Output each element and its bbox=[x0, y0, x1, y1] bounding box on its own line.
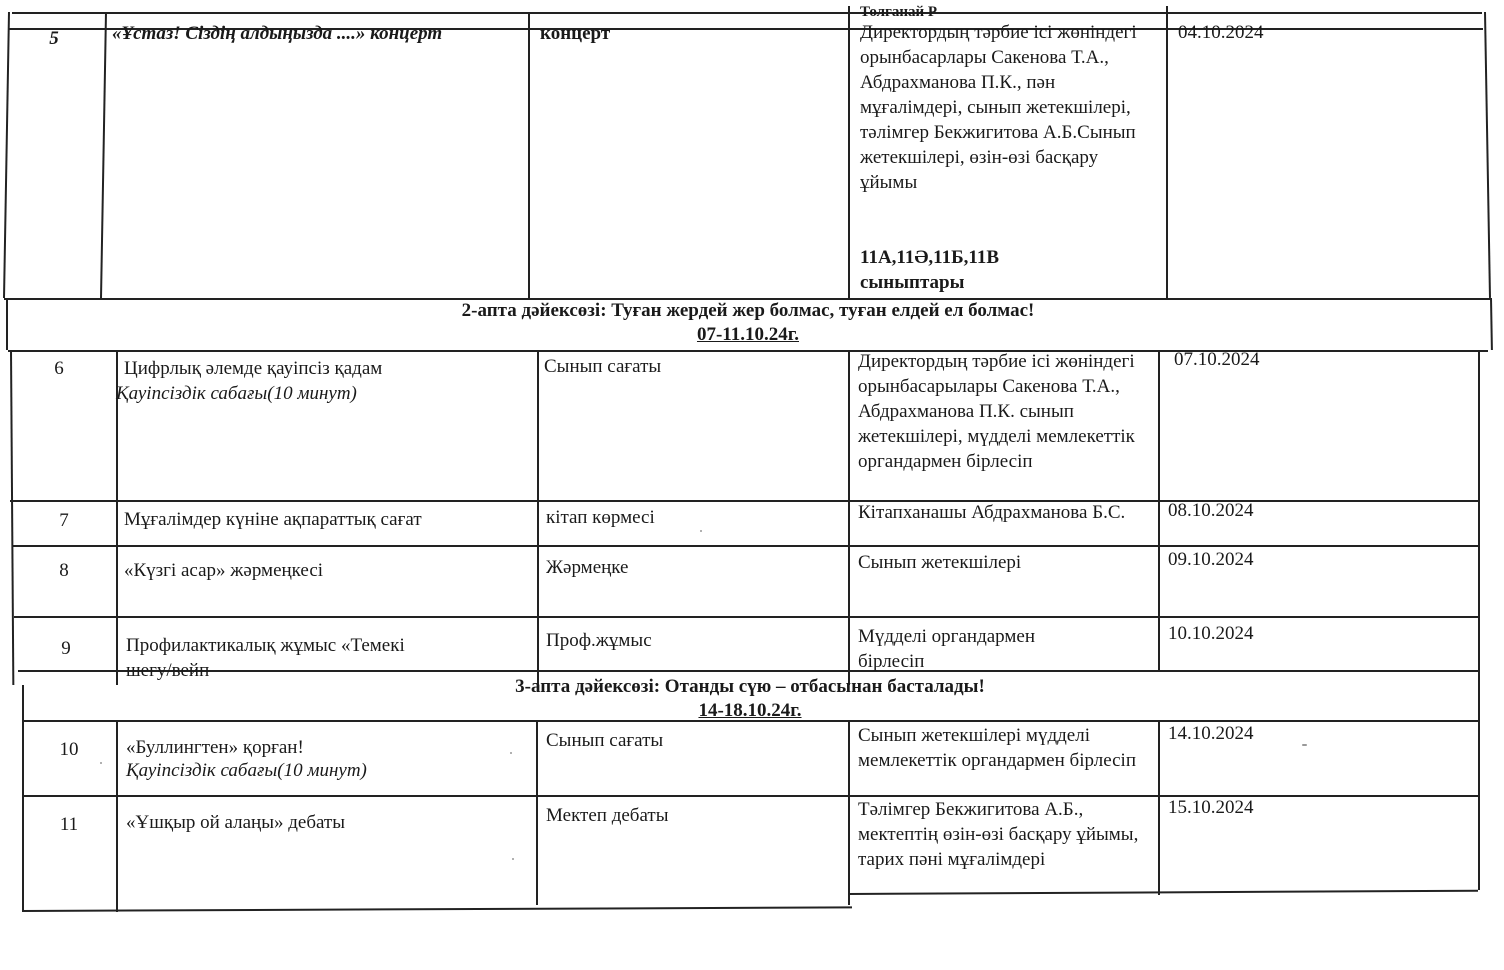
event-form: Сынып сағаты bbox=[544, 354, 844, 379]
grid-line bbox=[537, 350, 539, 685]
grid-line bbox=[536, 720, 538, 905]
week-dates: 14-18.10.24г. bbox=[22, 699, 1478, 723]
grid-line bbox=[848, 6, 850, 298]
event-date: 14.10.2024 bbox=[1168, 721, 1368, 746]
event-date: 04.10.2024 bbox=[1178, 20, 1378, 45]
row-number: 9 bbox=[18, 636, 114, 661]
row-number: 10 bbox=[22, 737, 116, 762]
event-date: 10.10.2024 bbox=[1168, 621, 1368, 646]
grid-line bbox=[1158, 720, 1160, 895]
event-title: «Күзгі асар» жәрмеңкесі bbox=[124, 558, 534, 583]
responsible: Сынып жетекшілері мүдделі мемлекеттік ор… bbox=[858, 723, 1153, 773]
event-title: «Буллингтен» қорған! bbox=[126, 735, 526, 760]
week-header: 3-апта дәйексөзі: Отанды сүю – отбасынан… bbox=[22, 675, 1478, 723]
week-motto: 3-апта дәйексөзі: Отанды сүю – отбасынан… bbox=[22, 675, 1478, 699]
event-form: кітап көрмесі bbox=[546, 505, 846, 530]
responsible: Директордың тәрбие ісі жөніндегі орынбас… bbox=[860, 20, 1160, 195]
event-date: 09.10.2024 bbox=[1168, 547, 1368, 572]
grid-line bbox=[1166, 6, 1168, 298]
grid-line bbox=[1478, 350, 1480, 685]
event-date: 08.10.2024 bbox=[1168, 498, 1368, 523]
scan-speck bbox=[512, 858, 514, 860]
grid-line bbox=[1478, 670, 1480, 890]
grid-line bbox=[848, 350, 850, 685]
grid-line bbox=[116, 720, 118, 912]
event-form: концерт bbox=[540, 21, 840, 46]
event-note: Қауіпсіздік сабағы(10 минут) bbox=[116, 381, 526, 406]
participants: 11А,11Ә,11Б,11В сыныптары bbox=[860, 245, 1060, 295]
event-date: 07.10.2024 bbox=[1174, 347, 1374, 372]
scan-speck bbox=[700, 530, 702, 532]
row-number: 8 bbox=[16, 558, 112, 583]
event-title: «Ұстаз! Сіздің алдыңызда ....» концерт bbox=[112, 21, 522, 46]
grid-line bbox=[14, 616, 1478, 618]
event-form: Мектеп дебаты bbox=[546, 803, 846, 828]
grid-line bbox=[848, 720, 850, 905]
event-title: «Ұшқыр ой алаңы» дебаты bbox=[126, 810, 526, 835]
week-header: 2-апта дәйексөзі: Туған жердей жер болма… bbox=[8, 299, 1488, 347]
row-number: 11 bbox=[22, 812, 116, 837]
grid-line bbox=[848, 890, 1478, 895]
grid-line bbox=[22, 906, 852, 911]
event-title: Цифрлық әлемде қауіпсіз қадам bbox=[124, 356, 534, 381]
event-note: Қауіпсіздік сабағы(10 минут) bbox=[126, 758, 526, 783]
row-number: 6 bbox=[14, 356, 104, 381]
grid-line bbox=[1490, 298, 1492, 350]
week-dates: 07-11.10.24г. bbox=[8, 323, 1488, 347]
scan-speck bbox=[100, 762, 102, 764]
event-form: Проф.жұмыс bbox=[546, 628, 846, 653]
responsible: Кітапханашы Абдрахманова Б.С. bbox=[858, 500, 1153, 525]
grid-line bbox=[1158, 350, 1160, 670]
responsible: Сынып жетекшілері bbox=[858, 550, 1153, 575]
row-number: 5 bbox=[14, 26, 94, 51]
grid-line bbox=[10, 350, 14, 685]
previous-row-fragment: Толганай Р bbox=[860, 3, 937, 21]
responsible: Мүдделі органдармен бірлесіп bbox=[858, 624, 1098, 674]
event-form: Жәрмеңке bbox=[546, 555, 846, 580]
responsible: Тәлімгер Бекжигитова А.Б., мектептің өзі… bbox=[858, 797, 1148, 872]
grid-line bbox=[528, 12, 530, 298]
event-title: Мұғалімдер күніне ақпараттық сағат bbox=[124, 507, 534, 532]
week-motto: 2-апта дәйексөзі: Туған жердей жер болма… bbox=[8, 299, 1488, 323]
grid-line bbox=[1484, 12, 1490, 298]
grid-line bbox=[12, 12, 1482, 14]
event-date: 15.10.2024 bbox=[1168, 795, 1368, 820]
responsible: Директордың тәрбие ісі жөніндегі орынбас… bbox=[858, 349, 1153, 474]
scan-speck bbox=[510, 752, 512, 754]
grid-line bbox=[3, 12, 9, 298]
row-number: 7 bbox=[16, 508, 112, 533]
scan-speck bbox=[1302, 744, 1307, 746]
grid-line bbox=[100, 12, 106, 298]
event-form: Сынып сағаты bbox=[546, 728, 846, 753]
